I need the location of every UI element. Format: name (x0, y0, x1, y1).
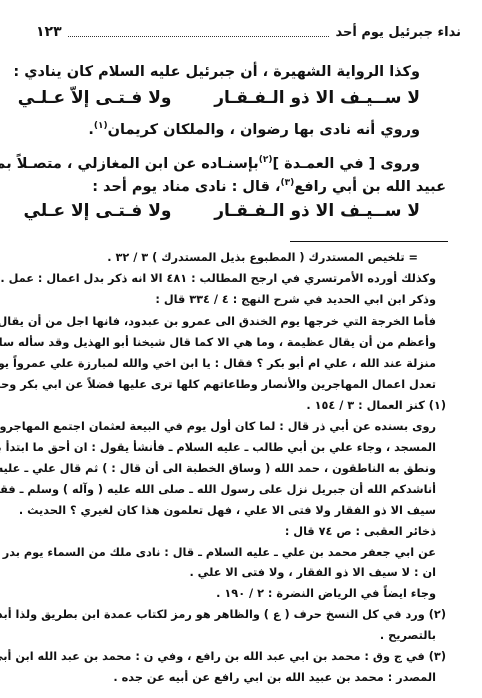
verse-2: لا ســيـف الا ذو الـفـقـار ولا فـتـى إلا… (80, 201, 420, 221)
body-line: وروى [ في العمـدة ](٢)بإسنـاده عن ابن ال… (0, 155, 420, 172)
footnote-line: تعدل اعمال المهاجرين والأنصار وطاعاتهم ك… (0, 378, 436, 391)
body-line: عبيد الله بن أبي رافع(٣)، قال : نادى منا… (92, 178, 446, 195)
footnote-line: وجاء ايضاً في الرياض النضرة : ٢ / ١٩٠ . (216, 587, 436, 600)
leader-dots (68, 27, 330, 37)
running-title: نداء جبرئيل يوم أحد (335, 25, 461, 40)
verse-1-right-hemistich: لا ســيـف الا ذو الـفـقـار (214, 88, 420, 108)
running-header: نداء جبرئيل يوم أحد ١٢٣ (36, 22, 461, 42)
footnote-line: منزلة عند الله ، علي ام أبو بكر ؟ فقال :… (0, 357, 436, 370)
footnote-line: المصدر : محمد بن عبيد الله بن ابي رافع ع… (113, 671, 436, 684)
footnote-line: سيف الا ذو الفقار ولا فتى الا علي ، فهل … (19, 504, 436, 517)
body-line: وكذا الرواية الشهيرة ، أن جبرئيل عليه ال… (13, 64, 420, 80)
footnote-ref-1[interactable]: (١) (94, 121, 108, 131)
footnote-separator (290, 241, 448, 242)
footnote-line: وذكر ابن ابي الحديد في شرح النهج : ٤ / ٣… (155, 293, 436, 306)
footnote-line: ونطق به الناطقون ، حمد الله ( وساق الخطب… (0, 462, 436, 475)
footnote-line: روى بسنده عن أبي ذر قال : لما كان أول يو… (0, 420, 436, 433)
verse-1-left-hemistich: ولا فـتـى إلاّ عـلـي (18, 88, 172, 108)
page-number: ١٢٣ (36, 24, 62, 40)
footnote-line: وأعظم من أن يقال عظيمة ، وما هي الا كما … (0, 336, 436, 349)
footnote-line: وكذلك أورده الأمرتسري في ارجح المطالب : … (0, 272, 436, 285)
footnote-line: = تلخيص المستدرك ( المطبوع بذيل المستدرك… (107, 251, 418, 264)
footnote-ref-3[interactable]: (٣) (281, 178, 295, 188)
footnote-line: بالتصريح . (380, 629, 436, 642)
footnote-line: ان : لا سيف الا ذو الفقار ، ولا فتى الا … (189, 566, 436, 579)
footnote-1: (١) كنز العمال : ٣ / ١٥٤ . (306, 399, 446, 412)
footnote-line: عن ابي جعفر محمد بن علي ـ عليه السلام ـ … (0, 546, 436, 559)
footnote-line: ذخائر العقبى : ص ٧٤ قال : (285, 525, 436, 538)
verse-2-right-hemistich: لا ســيـف الا ذو الـفـقـار (214, 201, 420, 221)
footnote-line: المسجد ، وجاء علي بن أبي طالب ـ عليه الس… (0, 441, 436, 454)
footnote-line: أناشدكم الله أن جبريل نزل على رسول الله … (0, 483, 436, 496)
book-page: نداء جبرئيل يوم أحد ١٢٣ وكذا الرواية الش… (0, 0, 482, 698)
body-line: وروي أنه نادى بها رضوان ، والملكان كريما… (88, 121, 420, 138)
footnote-3: (٣) في ج وق : محمد بن ابي عبد الله بن را… (0, 650, 446, 663)
footnote-line: فأما الخرجة التي خرجها يوم الخندق الى عم… (0, 315, 436, 328)
footnote-2: (٢) ورد في كل النسخ حرف ( ع ) والظاهر هو… (0, 608, 446, 621)
verse-1: لا ســيـف الا ذو الـفـقـار ولا فـتـى إلا… (80, 88, 420, 108)
verse-2-left-hemistich: ولا فـتـى إلا عـلي (24, 201, 172, 221)
footnote-ref-2[interactable]: (٢) (259, 155, 273, 165)
